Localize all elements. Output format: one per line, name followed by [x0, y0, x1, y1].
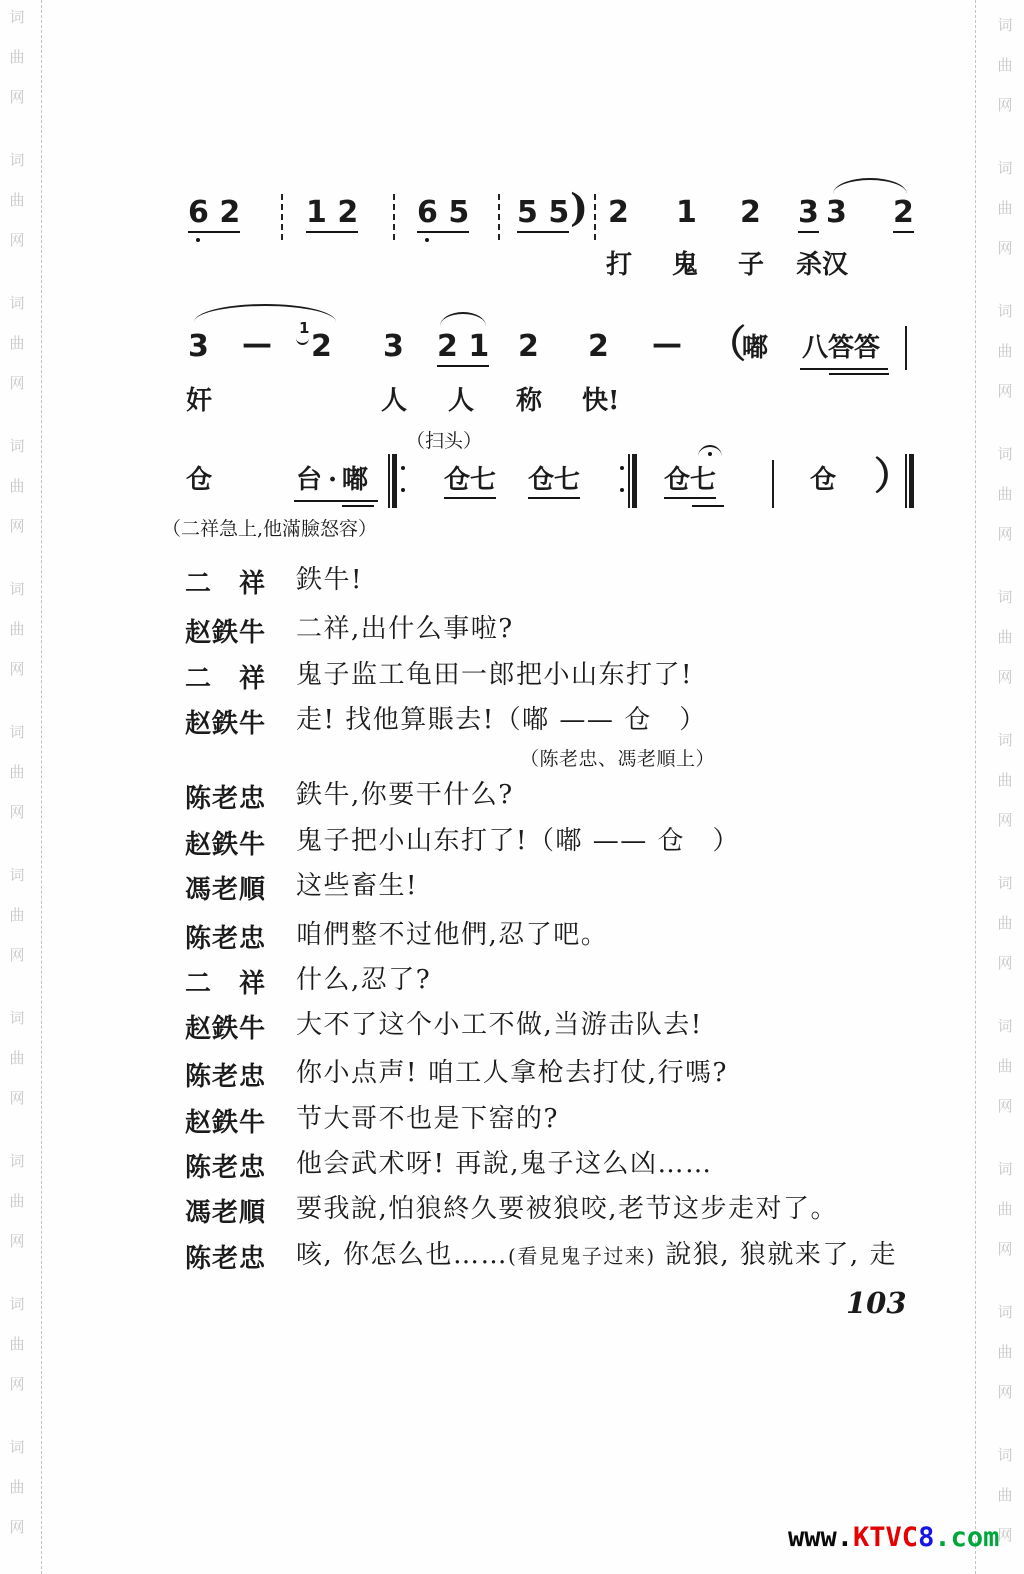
dialogue-row: 陈老忠 咳, 你怎么也……(看見鬼子过来) 說狼, 狼就来了, 走	[0, 1238, 1024, 1278]
side-watermark-char: 词	[4, 1436, 30, 1457]
barline	[905, 326, 907, 370]
barline-dashed	[281, 194, 283, 240]
open-paren: （	[708, 324, 746, 364]
note: 2	[588, 330, 609, 364]
side-watermark-char: 词	[4, 1293, 30, 1314]
percussion-group: 仓七	[528, 464, 580, 499]
beam-line	[829, 373, 889, 375]
barline-dashed	[393, 194, 395, 240]
music-line-1: 6 2 1 2 6 5 5 5 ) 2 1 2 3 3 2 打 鬼 子 杀汉	[0, 196, 1024, 296]
repeat-dot	[620, 488, 624, 492]
dialogue-row: 赵鉄牛 鬼子把小山东打了!（嘟 —— 仓 ）	[0, 824, 1024, 864]
dialogue-row: 赵鉄牛 大不了这个小工不做,当游击队去!	[0, 1008, 1024, 1048]
percussion-syllable: 嘟	[742, 332, 768, 364]
watermark-www: www.	[788, 1522, 853, 1553]
percussion-group: 仓七	[444, 464, 496, 499]
dialogue-row: 陈老忠 他会武术呀! 再說,鬼子这么凶……	[0, 1147, 1024, 1187]
side-watermark-char: 网	[4, 86, 30, 107]
repeat-dot	[401, 488, 405, 492]
final-bar-thin	[905, 454, 907, 508]
side-watermark-char: 词	[992, 14, 1018, 35]
repeat-dot	[620, 466, 624, 470]
note: 3	[798, 196, 819, 233]
speaker-name: 馮老順	[185, 869, 297, 906]
speaker-name: 陈老忠	[185, 1147, 297, 1184]
side-watermark-char: 词	[992, 157, 1018, 178]
dialogue-row: 陈老忠 咱們整不过他們,忍了吧。	[0, 918, 1024, 958]
dialogue-text: 走! 找他算賬去!（嘟 —— 仓 ）	[296, 703, 956, 737]
note: 2	[740, 196, 761, 230]
dialogue-text-pre: 咳, 你怎么也……	[296, 1240, 508, 1270]
watermark-ktvc: KTVC	[853, 1522, 918, 1553]
lyric: 人	[381, 380, 407, 417]
note-group: 6 2	[188, 196, 240, 233]
dialogue-text: 大不了这个小工不做,当游击队去!	[296, 1008, 956, 1042]
scanned-score-page: 词曲网词曲网词曲网词曲网词曲网词曲网词曲网词曲网词曲网词曲网词曲网 词曲网词曲网…	[0, 0, 1024, 1574]
speaker-name: 陈老忠	[185, 918, 297, 955]
barline-dashed	[498, 194, 500, 240]
side-watermark-char: 词	[4, 435, 30, 456]
dialogue-row: 陈老忠 鉄牛,你要干什么?	[0, 778, 1024, 818]
dialogue-row: 陈老忠 你小点声! 咱工人拿枪去打仗,行嗎?	[0, 1056, 1024, 1096]
note: 2	[893, 196, 914, 233]
lyric: 称	[516, 380, 542, 417]
note-group: 5 5	[517, 196, 569, 233]
dialogue-text: 什么,忍了?	[296, 963, 956, 997]
dialogue-row: 赵鉄牛 节大哥不也是下窑的?	[0, 1102, 1024, 1142]
speaker-name: 二 祥	[185, 563, 297, 600]
beam-line	[800, 368, 888, 370]
beam-line	[342, 505, 374, 507]
side-watermark-char: 词	[4, 149, 30, 170]
note-group: 6 5	[417, 196, 469, 233]
dialogue-row: 二 祥 鉄牛!	[0, 563, 1024, 603]
note-group: 1 2	[306, 196, 358, 233]
dialogue-row: 赵鉄牛 二祥,出什么事啦?	[0, 612, 1024, 652]
dialogue-row: 二 祥 什么,忍了?	[0, 963, 1024, 1003]
percussion-syllable: 嘟	[342, 464, 368, 496]
music-line-2: 3 — 1 2 3 2 1 2 2 — （ 嘟 八答答 奸 人 人 称 快!	[0, 330, 1024, 430]
note: 2	[608, 196, 629, 230]
dialogue-text: 鬼子监工龟田一郎把小山东打了!	[296, 658, 956, 692]
fermata-dot	[708, 452, 712, 456]
side-watermark-char: 网	[992, 1381, 1018, 1402]
page-number: 103	[846, 1286, 907, 1320]
side-watermark-char: 词	[992, 443, 1018, 464]
note: 2	[518, 330, 539, 364]
dialogue-text: 鉄牛!	[296, 563, 956, 597]
watermark-com: .com	[934, 1522, 999, 1553]
beam-line	[294, 500, 378, 502]
percussion-line: （扫头） 仓 台 · 嘟 仓七 仓七 仓七 仓 ） （二祥急上,他滿臉怒容）	[0, 462, 1024, 572]
dialogue-text: 他会武术呀! 再說,鬼子这么凶……	[296, 1147, 956, 1181]
repeat-end-thick	[632, 454, 637, 508]
dialogue-row: 二 祥 鬼子监工龟田一郎把小山东打了!	[0, 658, 1024, 698]
dialogue-text: 咳, 你怎么也……(看見鬼子过来) 說狼, 狼就来了, 走	[296, 1238, 956, 1273]
note: 1	[676, 196, 697, 230]
repeat-begin-thin	[388, 454, 390, 508]
duration-dash: —	[242, 328, 272, 362]
speaker-name: 赵鉄牛	[185, 612, 297, 649]
final-bar-thick	[909, 454, 914, 508]
repeat-begin-thick	[392, 454, 397, 508]
side-watermark-char: 词	[992, 1444, 1018, 1465]
watermark-eight: 8	[918, 1522, 934, 1553]
side-watermark-char: 曲	[4, 1333, 30, 1354]
speaker-name: 二 祥	[185, 963, 297, 1000]
note: 2	[311, 330, 332, 364]
dialogue-text-post: 說狼, 狼就来了, 走	[656, 1240, 897, 1270]
note: 3	[383, 330, 404, 364]
grace-note: 1	[299, 321, 309, 336]
slur	[833, 178, 907, 194]
dialogue-row: 馮老順 要我說,怕狼終久要被狼咬,老节这步走对了。	[0, 1192, 1024, 1232]
side-watermark-char: 网	[4, 1373, 30, 1394]
side-watermark-char: 词	[4, 6, 30, 27]
lyric: 鬼	[672, 244, 698, 281]
octave-dot	[425, 238, 429, 242]
note: 3	[826, 196, 847, 230]
speaker-name: 赵鉄牛	[185, 824, 297, 861]
side-watermark-char: 曲	[4, 1476, 30, 1497]
section-label: （扫头）	[406, 426, 482, 453]
side-watermark-char: 曲	[992, 54, 1018, 75]
bottom-watermark: www.KTVC8.com	[788, 1522, 999, 1553]
octave-dot	[196, 238, 200, 242]
slur	[194, 304, 336, 322]
speaker-name: 二 祥	[185, 658, 297, 695]
dialogue-text: 鬼子把小山东打了!（嘟 —— 仓 ）	[296, 824, 956, 858]
dialogue-text: 这些畜生!	[296, 869, 956, 903]
note-group: 2 1	[437, 330, 489, 367]
repeat-dot	[401, 466, 405, 470]
inline-stage-direction: (看見鬼子过来)	[508, 1244, 656, 1268]
beam-line	[692, 505, 724, 507]
side-watermark-char: 曲	[4, 46, 30, 67]
speaker-name: 陈老忠	[185, 1238, 297, 1275]
grace-tie	[296, 338, 309, 345]
stage-direction: （二祥急上,他滿臉怒容）	[162, 514, 377, 541]
percussion-syllable: 仓	[186, 464, 212, 496]
dialogue-text: 你小点声! 咱工人拿枪去打仗,行嗎?	[296, 1056, 956, 1090]
dialogue-row: 馮老順 这些畜生!	[0, 869, 1024, 909]
dialogue-row: 赵鉄牛 走! 找他算賬去!（嘟 —— 仓 ）	[0, 703, 1024, 743]
percussion-group: 仓七	[664, 464, 716, 499]
side-watermark-char: 曲	[992, 1484, 1018, 1505]
lyric: 杀汉	[796, 244, 848, 281]
lyric: 快!	[582, 380, 619, 417]
speaker-name: 馮老順	[185, 1192, 297, 1229]
dialogue-text: 节大哥不也是下窑的?	[296, 1102, 956, 1136]
dialogue-text: 要我說,怕狼終久要被狼咬,老节这步走对了。	[296, 1192, 956, 1226]
slur	[440, 312, 486, 326]
side-watermark-char: 网	[4, 1516, 30, 1537]
side-watermark-char: 词	[992, 300, 1018, 321]
stage-direction: （陈老忠、馮老順上）	[520, 742, 1024, 776]
lyric: 奸	[186, 380, 212, 417]
speaker-name: 赵鉄牛	[185, 703, 297, 740]
lyric: 打	[606, 244, 632, 281]
barline-dashed	[594, 194, 596, 240]
duration-dash: —	[652, 328, 682, 362]
side-watermark-char: 曲	[992, 1341, 1018, 1362]
percussion-syllables: 八答答	[802, 332, 880, 364]
close-paren: )	[570, 188, 588, 228]
dialogue-text: 二祥,出什么事啦?	[296, 612, 956, 646]
repeat-end-thin	[628, 454, 630, 508]
speaker-name: 陈老忠	[185, 778, 297, 815]
dialogue-text: 鉄牛,你要干什么?	[296, 778, 956, 812]
percussion-syllable: 仓	[810, 464, 836, 496]
dialogue-text: 咱們整不过他們,忍了吧。	[296, 918, 956, 952]
percussion-syllable: 台	[296, 464, 322, 496]
lyric: 人	[448, 380, 474, 417]
speaker-name: 赵鉄牛	[185, 1102, 297, 1139]
speaker-name: 陈老忠	[185, 1056, 297, 1093]
stage-direction-row: （陈老忠、馮老順上）	[0, 742, 1024, 782]
dot-separator: ·	[328, 464, 337, 496]
lyric: 子	[738, 244, 764, 281]
note: 3	[188, 330, 209, 364]
side-watermark-char: 词	[992, 1301, 1018, 1322]
side-watermark-char: 网	[992, 94, 1018, 115]
barline	[772, 460, 774, 508]
speaker-name: 赵鉄牛	[185, 1008, 297, 1045]
